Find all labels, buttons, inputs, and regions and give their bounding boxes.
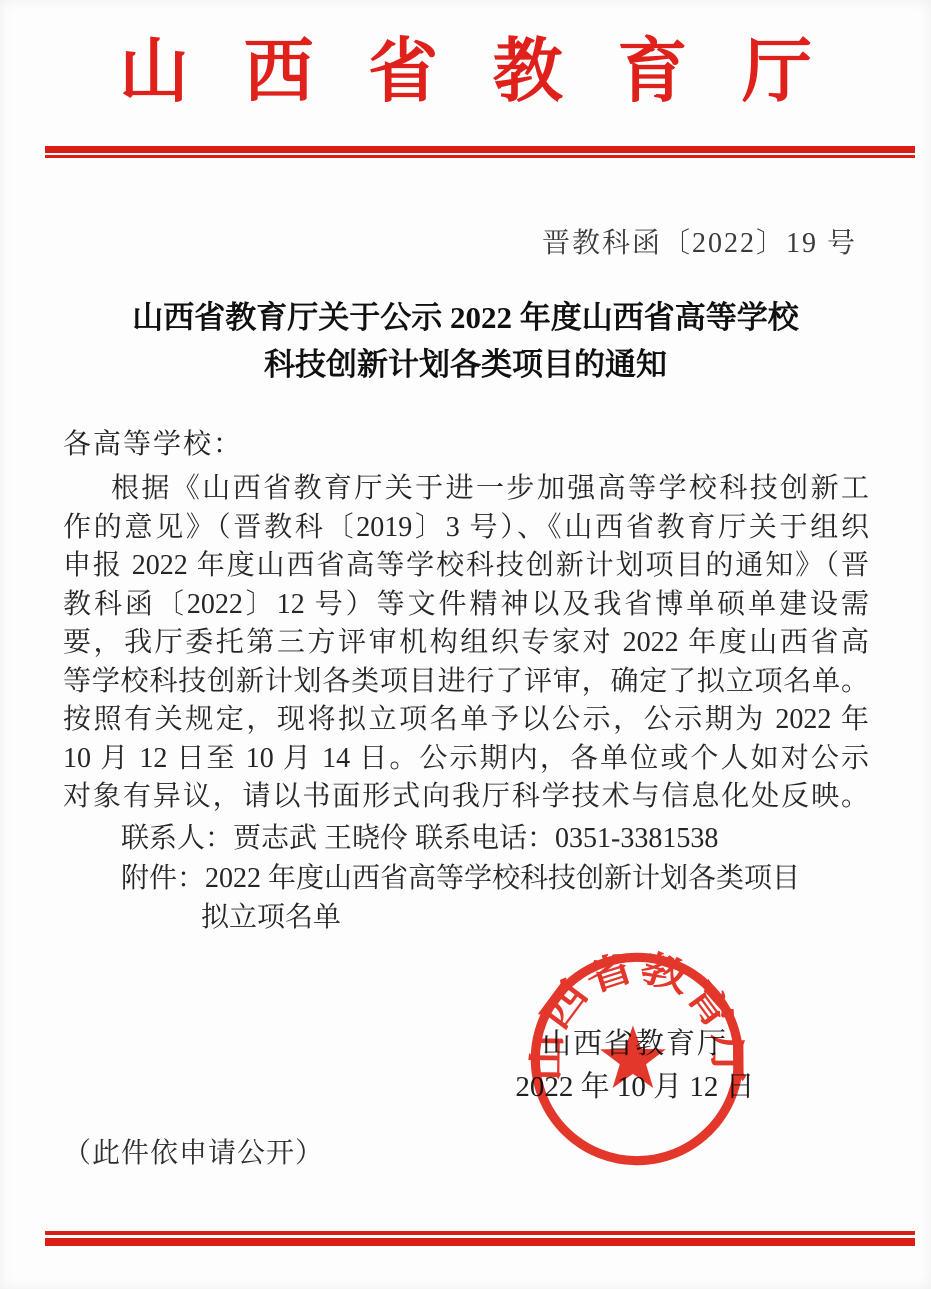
rule-thin-line	[45, 155, 915, 158]
body-line: 对象有异议，请以书面形式向我厅科学技术与信息化处反映。	[63, 778, 869, 817]
rule-thick-line	[45, 1238, 915, 1246]
disclosure-footer-note: （此件依申请公开）	[63, 1131, 324, 1171]
official-seal: 山西省教育厅	[515, 937, 759, 1181]
masthead-divider-rule	[45, 146, 915, 158]
contact-and-attachment: 联系人：贾志武 王晓伶 联系电话：0351-3381538 附件：2022 年度…	[63, 819, 875, 938]
body-paragraph: 根据《山西省教育厅关于进一步加强高等学校科技创新工 作的意见》（晋教科〔2019…	[63, 470, 869, 817]
star-icon	[600, 1025, 666, 1088]
salutation: 各高等学校：	[63, 422, 243, 462]
body-line: 要，我厅委托第三方评审机构组织专家对 2022 年度山西省高	[63, 624, 869, 663]
body-line: 根据《山西省教育厅关于进一步加强高等学校科技创新工	[63, 470, 869, 509]
official-document-page: 山西省教育厅 晋教科函〔2022〕19 号 山西省教育厅关于公示 2022 年度…	[0, 0, 931, 1289]
body-line: 10 月 12 日至 10 月 14 日。公示期内，各单位或个人如对公示	[63, 740, 869, 779]
agency-masthead: 山西省教育厅	[0, 34, 931, 111]
attachment-line-2: 拟立项名单	[63, 898, 875, 938]
body-line: 申报 2022 年度山西省高等学校科技创新计划项目的通知》（晋	[63, 547, 869, 586]
footer-divider-rule	[45, 1231, 915, 1246]
body-line: 按照有关规定，现将拟立项名单予以公示，公示期为 2022 年	[63, 701, 869, 740]
attachment-line-1: 附件：2022 年度山西省高等学校科技创新计划各类项目	[63, 859, 875, 899]
body-line: 教科函〔2022〕12 号）等文件精神以及我省博单硕单建设需	[63, 586, 869, 625]
notice-title-line-2: 科技创新计划各类项目的通知	[0, 341, 931, 388]
contact-line: 联系人：贾志武 王晓伶 联系电话：0351-3381538	[63, 819, 875, 859]
body-line: 作的意见》（晋教科〔2019〕3 号）、《山西省教育厅关于组织	[63, 509, 869, 548]
notice-title-line-1: 山西省教育厅关于公示 2022 年度山西省高等学校	[0, 294, 931, 341]
document-number: 晋教科函〔2022〕19 号	[0, 221, 857, 261]
body-line: 等学校科技创新计划各类项目进行了评审，确定了拟立项名单。	[63, 663, 869, 702]
notice-title: 山西省教育厅关于公示 2022 年度山西省高等学校 科技创新计划各类项目的通知	[0, 294, 931, 388]
rule-thick-line	[45, 146, 915, 153]
